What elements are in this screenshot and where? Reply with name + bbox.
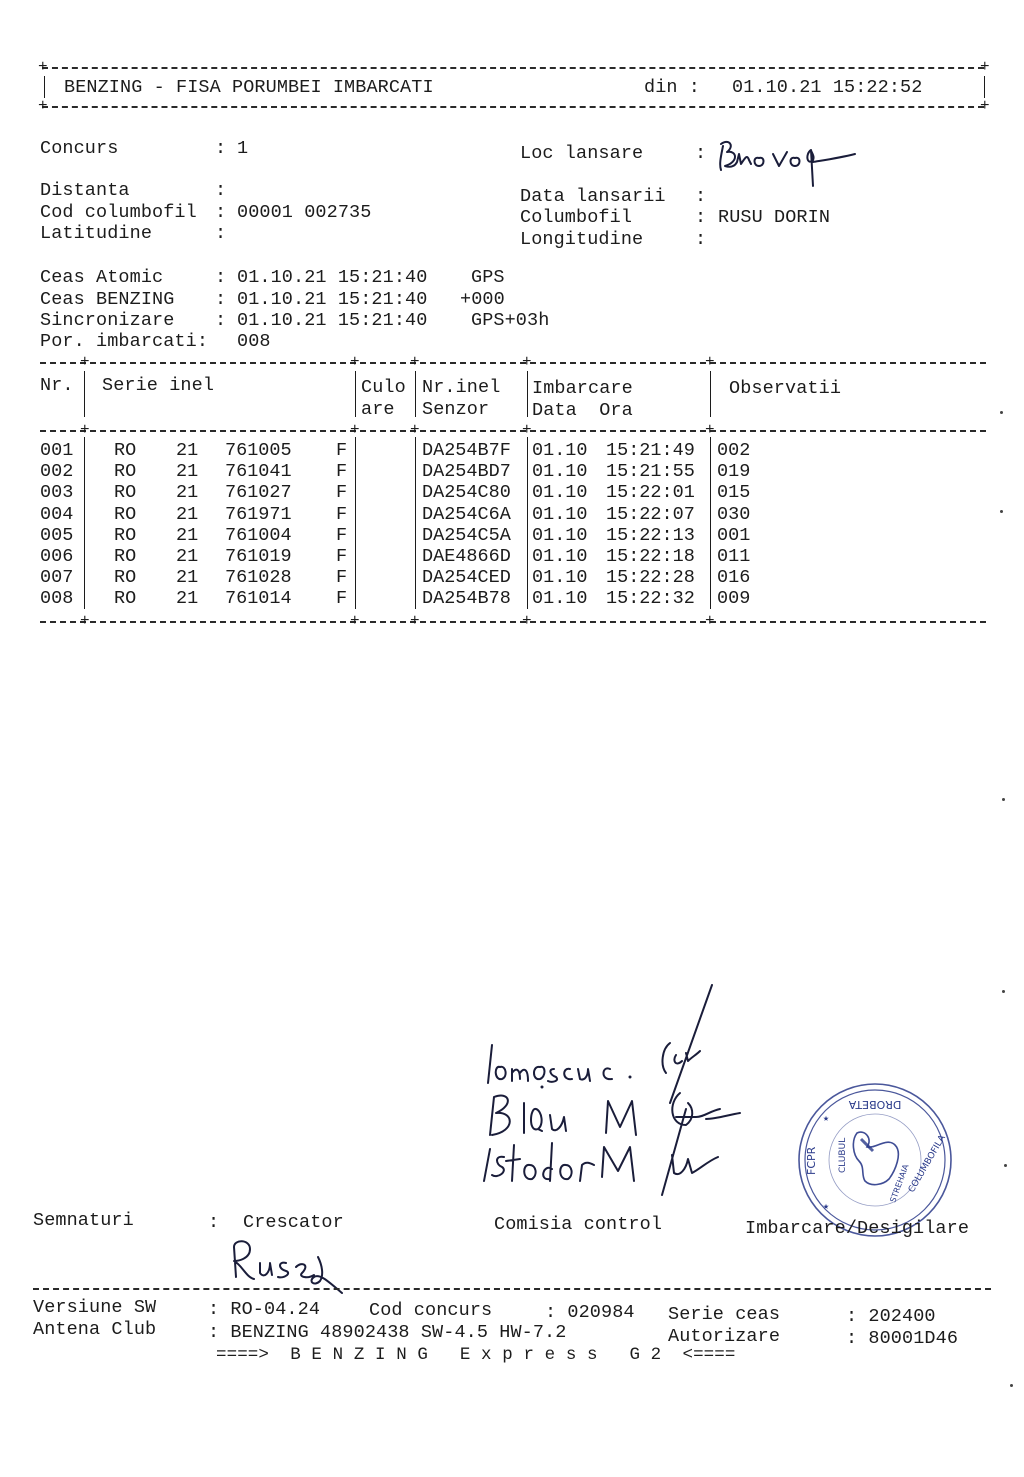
benzing-express-banner: ====> B E N Z I N G E x p r e s s G 2 <=…	[216, 1345, 735, 1366]
cell-ora: 15:22:01	[606, 482, 695, 503]
cell-sex: F	[336, 440, 347, 461]
rule-plus: +	[410, 613, 420, 629]
cell-data: 01.10	[532, 461, 588, 482]
cell-sex: F	[336, 567, 347, 588]
rule-plus: +	[80, 354, 90, 370]
cell-nr: 005	[40, 525, 73, 546]
rule-plus: +	[705, 422, 715, 438]
latitudine-label: Latitudine	[40, 223, 152, 244]
sep: :	[695, 143, 706, 164]
cell-year: 21	[176, 504, 198, 525]
cell-year: 21	[176, 546, 198, 567]
serie-ceas-label: Serie ceas	[668, 1304, 780, 1325]
cell-ring: 761041	[225, 461, 292, 482]
serie-ceas-value: : 202400	[846, 1306, 936, 1327]
cell-senzor: DA254BD7	[422, 461, 511, 482]
rule-plus: +	[522, 354, 532, 370]
cell-senzor: DA254B7F	[422, 440, 511, 461]
ceas-benzing-label: Ceas BENZING	[40, 289, 174, 310]
cell-senzor: DAE4866D	[422, 546, 511, 567]
col-bar	[355, 371, 356, 417]
col-serie-inel: Serie inel	[102, 375, 214, 396]
col-bar	[710, 437, 711, 609]
cell-data: 01.10	[532, 440, 588, 461]
col-bar	[710, 371, 711, 417]
cell-obs: 011	[717, 546, 750, 567]
cell-country: RO	[114, 440, 136, 461]
rule-plus: +	[350, 354, 360, 370]
cell-senzor: DA254C5A	[422, 525, 511, 546]
sincronizare-value: 01.10.21 15:21:40	[237, 310, 427, 331]
cell-ring: 761005	[225, 440, 292, 461]
cell-data: 01.10	[532, 525, 588, 546]
cell-ora: 15:22:18	[606, 546, 695, 567]
antena-club-label: Antena Club	[33, 1319, 156, 1340]
cell-sex: F	[336, 546, 347, 567]
cell-data: 01.10	[532, 546, 588, 567]
cell-sex: F	[336, 461, 347, 482]
cell-obs: 001	[717, 525, 750, 546]
cod-concurs-value: : 020984	[545, 1302, 635, 1323]
cell-nr: 003	[40, 482, 73, 503]
divider	[42, 106, 984, 108]
border-bar	[984, 76, 985, 98]
scan-dot	[1000, 510, 1003, 513]
ceas-atomic-label: Ceas Atomic	[40, 267, 163, 288]
table-rule	[40, 430, 986, 432]
imbarcare-desigilare-label: Imbarcare/Desigilare	[745, 1218, 969, 1239]
concurs-value: 1	[237, 138, 248, 159]
table-rule	[40, 362, 986, 364]
cell-country: RO	[114, 588, 136, 609]
columbofil-label: Columbofil	[520, 207, 632, 228]
cod-columbofil-value: 00001 002735	[237, 202, 371, 223]
cell-ora: 15:22:07	[606, 504, 695, 525]
cell-sex: F	[336, 504, 347, 525]
ceas-benzing-suffix: +000	[460, 289, 505, 310]
corner-plus: +	[38, 59, 48, 75]
sep: :	[695, 207, 706, 228]
document-title: BENZING - FISA PORUMBEI IMBARCATI	[64, 77, 434, 98]
cell-ring: 761019	[225, 546, 292, 567]
cell-country: RO	[114, 461, 136, 482]
scan-dot	[1004, 1164, 1007, 1167]
crescator-label: Crescator	[243, 1212, 344, 1233]
autorizare-label: Autorizare	[668, 1326, 780, 1347]
cell-ring: 761004	[225, 525, 292, 546]
col-bar	[527, 437, 528, 609]
por-imbarcati-label: Por. imbarcati:	[40, 331, 208, 352]
footer-rule	[33, 1288, 991, 1290]
antena-club-value: : BENZING 48902438 SW-4.5 HW-7.2	[208, 1322, 566, 1343]
cell-year: 21	[176, 461, 198, 482]
cell-nr: 006	[40, 546, 73, 567]
sep: :	[215, 223, 226, 244]
col-bar	[84, 371, 85, 417]
sep: :	[215, 267, 226, 288]
col-bar	[84, 437, 85, 609]
sep: :	[215, 202, 226, 223]
cell-ora: 15:22:28	[606, 567, 695, 588]
crescator-signature	[224, 1237, 354, 1302]
cell-nr: 007	[40, 567, 73, 588]
sep: :	[695, 186, 706, 207]
loc-lansare-handwriting	[715, 136, 865, 201]
cell-ring: 761028	[225, 567, 292, 588]
scan-dot	[1002, 798, 1005, 801]
svg-text:COLUMBOFILA: COLUMBOFILA	[907, 1133, 948, 1195]
longitudine-label: Longitudine	[520, 229, 643, 250]
loc-lansare-label: Loc lansare	[520, 143, 643, 164]
cell-ora: 15:21:49	[606, 440, 695, 461]
scan-dot	[1002, 990, 1005, 993]
col-culoare: Culo	[361, 377, 406, 398]
rule-plus: +	[350, 613, 360, 629]
col-bar	[415, 437, 416, 609]
cell-obs: 009	[717, 588, 750, 609]
cell-nr: 002	[40, 461, 73, 482]
comisia-control-label: Comisia control	[494, 1214, 662, 1235]
col-data-ora: Data Ora	[532, 400, 633, 421]
cell-country: RO	[114, 546, 136, 567]
cell-year: 21	[176, 525, 198, 546]
sep: :	[215, 310, 226, 331]
ceas-atomic-value: 01.10.21 15:21:40	[237, 267, 427, 288]
ceas-atomic-suffix: GPS	[471, 267, 505, 288]
cell-country: RO	[114, 504, 136, 525]
cell-ring: 761971	[225, 504, 292, 525]
cell-country: RO	[114, 567, 136, 588]
sincronizare-label: Sincronizare	[40, 310, 174, 331]
col-imbarcare: Imbarcare	[532, 378, 633, 399]
cell-ora: 15:22:32	[606, 588, 695, 609]
rule-plus: +	[410, 354, 420, 370]
divider	[42, 67, 984, 69]
rule-plus: +	[522, 613, 532, 629]
col-culoare-2: are	[361, 399, 395, 420]
sep: :	[208, 1212, 219, 1233]
cell-year: 21	[176, 588, 198, 609]
cell-year: 21	[176, 567, 198, 588]
cell-data: 01.10	[532, 482, 588, 503]
columbofil-value: RUSU DORIN	[718, 207, 830, 228]
cell-obs: 030	[717, 504, 750, 525]
table-rule	[40, 621, 986, 623]
cell-ring: 761027	[225, 482, 292, 503]
cell-ora: 15:21:55	[606, 461, 695, 482]
rule-plus: +	[80, 613, 90, 629]
distanta-label: Distanta	[40, 180, 130, 201]
cod-columbofil-label: Cod columbofil	[40, 202, 197, 223]
semnaturi-label: Semnaturi	[33, 1210, 134, 1231]
corner-plus: +	[980, 59, 990, 75]
sep: :	[695, 229, 706, 250]
por-imbarcati-value: 008	[237, 331, 271, 352]
scan-dot	[1000, 411, 1003, 414]
cell-obs: 002	[717, 440, 750, 461]
col-bar	[415, 371, 416, 417]
border-bar	[44, 76, 45, 98]
sep: :	[215, 180, 226, 201]
sep: :	[215, 138, 226, 159]
cell-ring: 761014	[225, 588, 292, 609]
corner-plus: +	[38, 98, 48, 114]
cod-concurs-label: Cod concurs	[369, 1300, 492, 1321]
cell-nr: 001	[40, 440, 73, 461]
cell-senzor: DA254C6A	[422, 504, 511, 525]
cell-ora: 15:22:13	[606, 525, 695, 546]
svg-text:★: ★	[823, 1202, 829, 1213]
data-lansarii-label: Data lansarii	[520, 186, 666, 207]
cell-country: RO	[114, 525, 136, 546]
rule-plus: +	[705, 354, 715, 370]
ceas-benzing-value: 01.10.21 15:21:40	[237, 289, 427, 310]
cell-data: 01.10	[532, 504, 588, 525]
col-bar	[355, 437, 356, 609]
svg-text:FCPR: FCPR	[805, 1146, 818, 1175]
commission-signatures	[480, 985, 780, 1200]
cell-sex: F	[336, 588, 347, 609]
rule-plus: +	[410, 422, 420, 438]
stamp-text: DROBETA	[848, 1098, 901, 1111]
cell-obs: 015	[717, 482, 750, 503]
cell-year: 21	[176, 440, 198, 461]
cell-data: 01.10	[532, 567, 588, 588]
cell-senzor: DA254B78	[422, 588, 511, 609]
svg-text:★: ★	[823, 1114, 829, 1125]
versiune-sw-label: Versiune SW	[33, 1297, 156, 1318]
col-senzor: Senzor	[422, 399, 489, 420]
rule-plus: +	[350, 422, 360, 438]
cell-year: 21	[176, 482, 198, 503]
rule-plus: +	[522, 422, 532, 438]
col-observatii: Observatii	[729, 378, 841, 399]
svg-text:CLUBUL: CLUBUL	[838, 1138, 848, 1173]
cell-senzor: DA254CED	[422, 567, 511, 588]
col-bar	[527, 371, 528, 417]
scan-dot	[1010, 1384, 1013, 1387]
cell-obs: 019	[717, 461, 750, 482]
cell-nr: 004	[40, 504, 73, 525]
corner-plus: +	[980, 98, 990, 114]
col-nr: Nr.	[40, 375, 74, 396]
cell-sex: F	[336, 482, 347, 503]
sincronizare-suffix: GPS+03h	[471, 310, 549, 331]
svg-text:STREHAIA: STREHAIA	[888, 1163, 910, 1204]
concurs-label: Concurs	[40, 138, 118, 159]
din-label: din :	[644, 77, 700, 98]
autorizare-value: : 80001D46	[846, 1328, 958, 1349]
rule-plus: +	[80, 422, 90, 438]
sep: :	[215, 289, 226, 310]
cell-nr: 008	[40, 588, 73, 609]
cell-sex: F	[336, 525, 347, 546]
cell-obs: 016	[717, 567, 750, 588]
cell-country: RO	[114, 482, 136, 503]
col-nr-inel: Nr.inel	[422, 377, 500, 398]
print-timestamp: 01.10.21 15:22:52	[732, 77, 922, 98]
cell-data: 01.10	[532, 588, 588, 609]
versiune-sw-value: : RO-04.24	[208, 1299, 320, 1320]
rule-plus: +	[705, 613, 715, 629]
cell-senzor: DA254C80	[422, 482, 511, 503]
